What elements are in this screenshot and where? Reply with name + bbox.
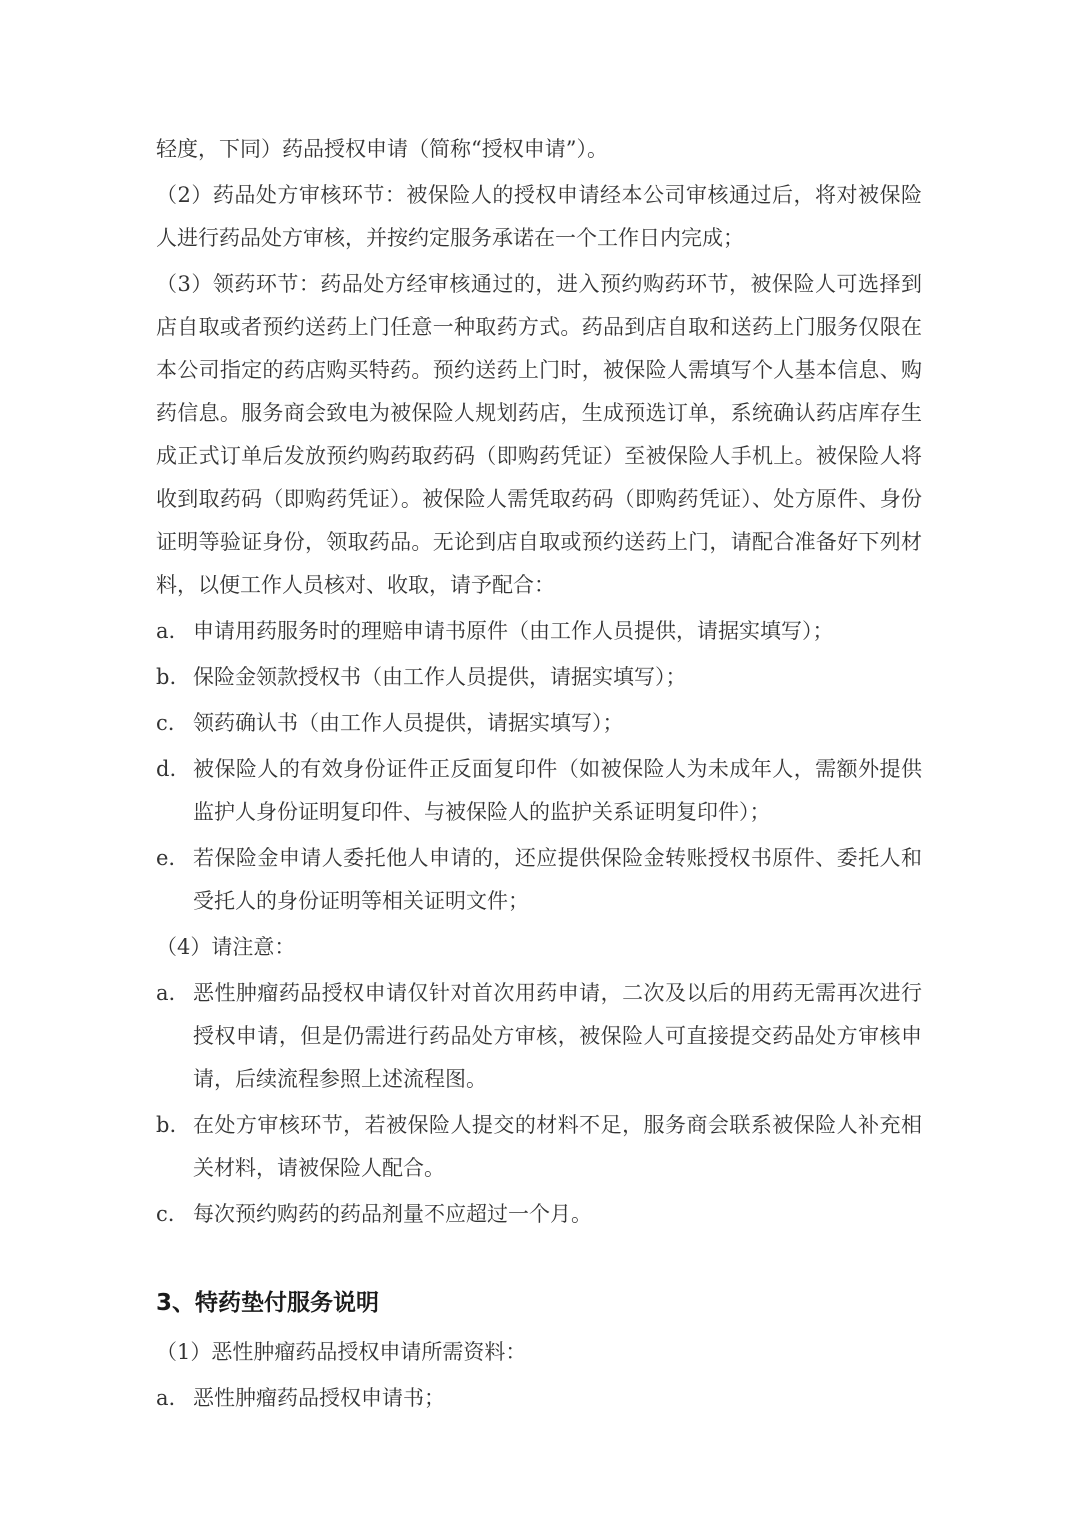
notice-item-a: a. 恶性肿瘤药品授权申请仅针对首次用药申请，二次及以后的用药无需再次进行授权申… [156,972,922,1101]
section3-heading: 3、特药垫付服务说明 [156,1282,922,1325]
list-item-text: 被保险人的有效身份证件正反面复印件（如被保险人为未成年人，需额外提供监护人身份证… [193,748,922,834]
list-item-text: 恶性肿瘤药品授权申请书； [193,1377,922,1420]
paragraph-step2-prescription-review: （2）药品处方审核环节：被保险人的授权申请经本公司审核通过后，将对被保险人进行药… [156,174,922,260]
paragraph-intro: 轻度，下同）药品授权申请（简称“授权申请”）。 [156,128,922,171]
list-item-text: 每次预约购药的药品剂量不应超过一个月。 [193,1193,922,1236]
paragraph-step3-medicine-pickup: （3）领药环节：药品处方经审核通过的，进入预约购药环节，被保险人可选择到店自取或… [156,263,922,607]
list-item-text: 若保险金申请人委托他人申请的，还应提供保险金转账授权书原件、委托人和受托人的身份… [193,837,922,923]
material-item-e: e. 若保险金申请人委托他人申请的，还应提供保险金转账授权书原件、委托人和受托人… [156,837,922,923]
list-marker: b. [156,656,193,699]
material-item-a: a. 申请用药服务时的理赔申请书原件（由工作人员提供，请据实填写）； [156,610,922,653]
list-marker: a. [156,972,193,1101]
list-item-text: 保险金领款授权书（由工作人员提供，请据实填写）； [193,656,922,699]
list-item-text: 恶性肿瘤药品授权申请仅针对首次用药申请，二次及以后的用药无需再次进行授权申请，但… [193,972,922,1101]
list-item-text: 申请用药服务时的理赔申请书原件（由工作人员提供，请据实填写）； [193,610,922,653]
list-item-text: 领药确认书（由工作人员提供，请据实填写）； [193,702,922,745]
list-marker: c. [156,702,193,745]
notice-item-b: b. 在处方审核环节，若被保险人提交的材料不足，服务商会联系被保险人补充相关材料… [156,1104,922,1190]
list-item-text: 在处方审核环节，若被保险人提交的材料不足，服务商会联系被保险人补充相关材料，请被… [193,1104,922,1190]
notice-item-c: c. 每次预约购药的药品剂量不应超过一个月。 [156,1193,922,1236]
list-marker: a. [156,1377,193,1420]
document-page: 轻度，下同）药品授权申请（简称“授权申请”）。 （2）药品处方审核环节：被保险人… [0,0,1080,1527]
material-item-d: d. 被保险人的有效身份证件正反面复印件（如被保险人为未成年人，需额外提供监护人… [156,748,922,834]
material-item-c: c. 领药确认书（由工作人员提供，请据实填写）； [156,702,922,745]
section3-paragraph-required-documents: （1）恶性肿瘤药品授权申请所需资料： [156,1331,922,1374]
list-marker: e. [156,837,193,923]
list-marker: a. [156,610,193,653]
list-marker: c. [156,1193,193,1236]
list-marker: b. [156,1104,193,1190]
material-item-b: b. 保险金领款授权书（由工作人员提供，请据实填写）； [156,656,922,699]
section3-item-a: a. 恶性肿瘤药品授权申请书； [156,1377,922,1420]
list-marker: d. [156,748,193,834]
paragraph-step4-notice: （4）请注意： [156,926,922,969]
